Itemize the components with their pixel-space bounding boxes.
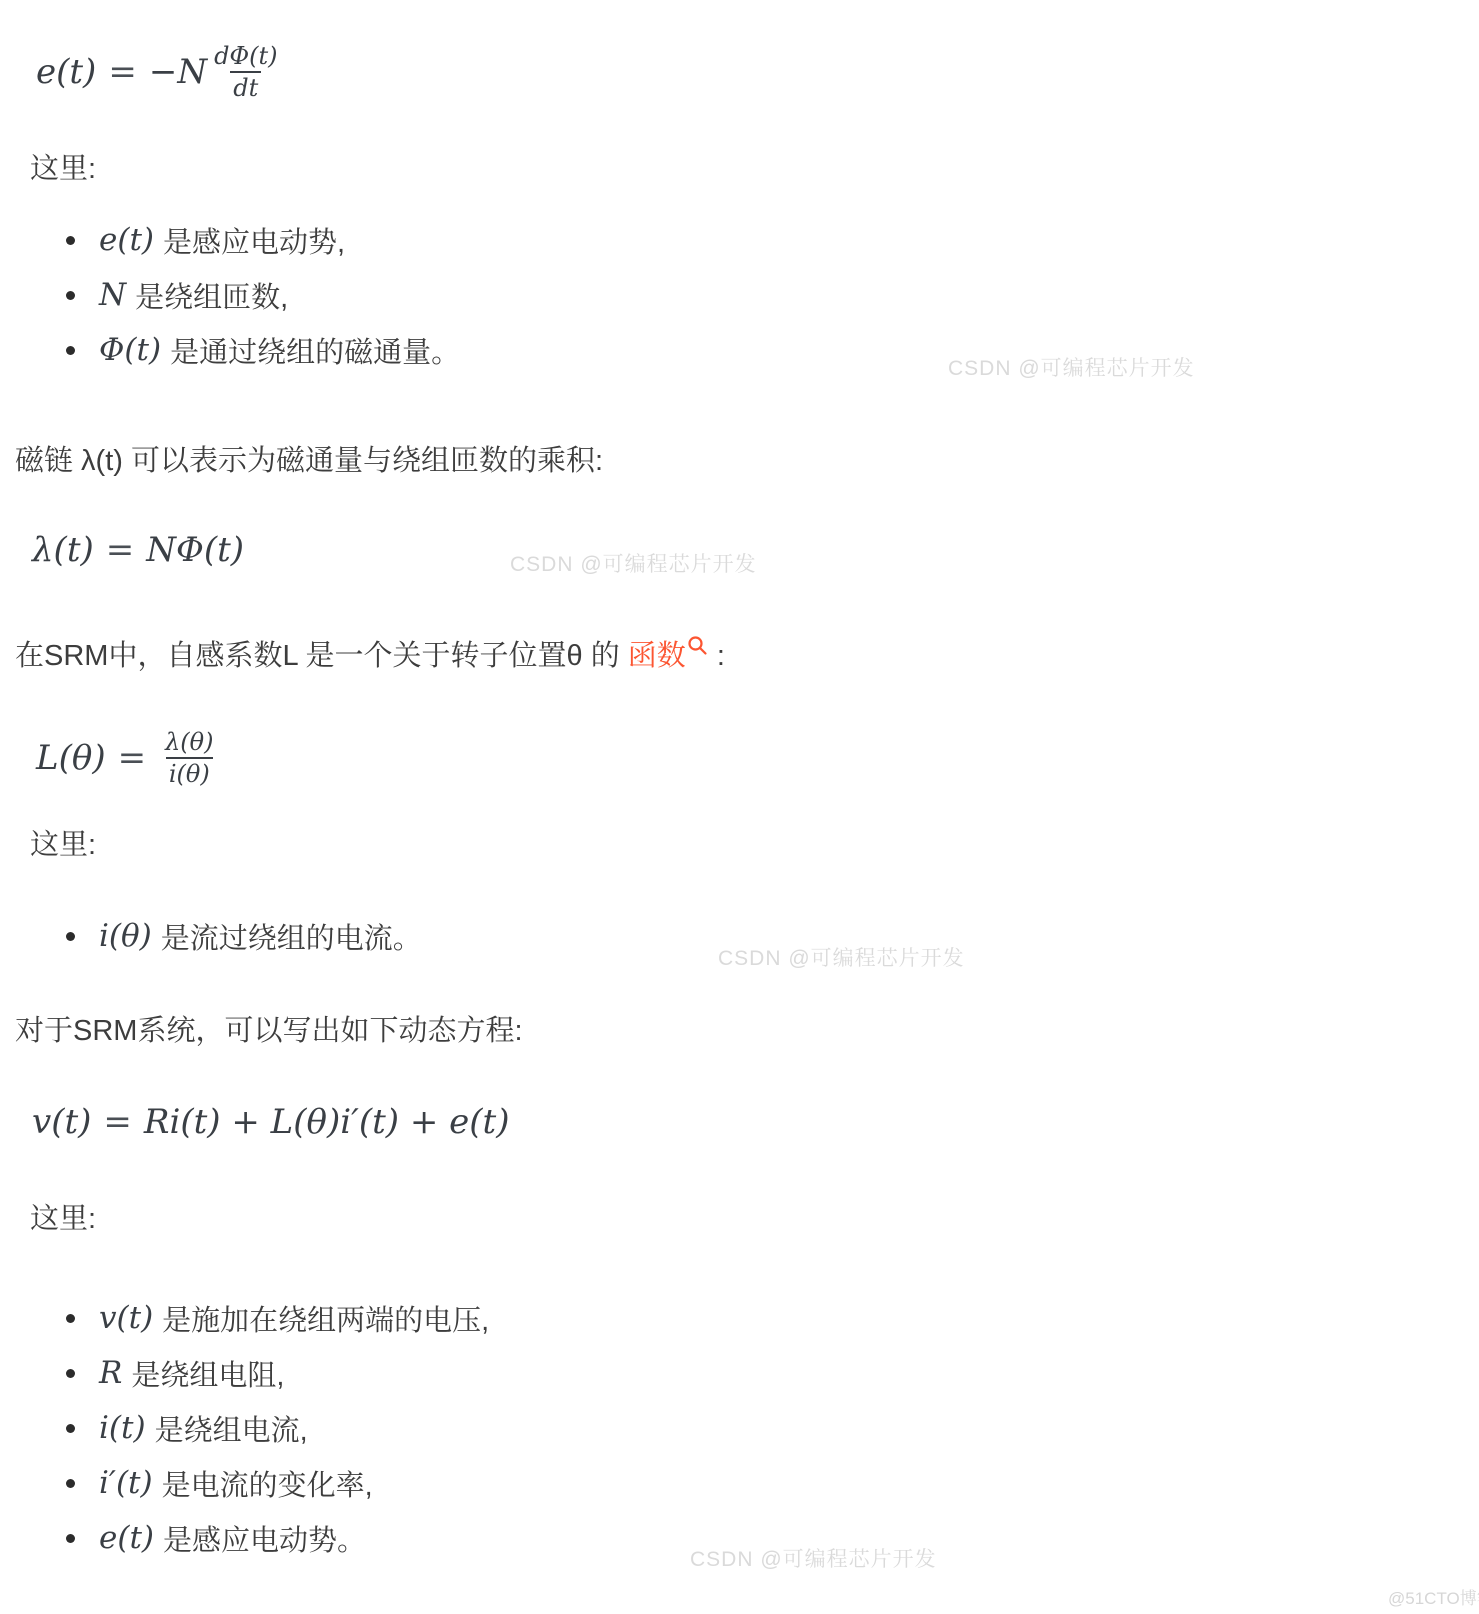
list-item: N 是绕组匝数,: [66, 277, 460, 313]
bullet-dot: [66, 291, 75, 300]
paragraph-text-pre: 在SRM中，自感系数L 是一个关于转子位置θ 的: [15, 640, 628, 672]
list-item: R 是绕组电阻,: [66, 1355, 489, 1391]
math-symbol: e(t): [99, 222, 154, 258]
paragraph-flux-linkage: 磁链 λ(t) 可以表示为磁通量与绕组匝数的乘积:: [15, 438, 603, 479]
list-item: Φ(t) 是通过绕组的磁通量。: [66, 332, 460, 368]
article-page: e(t) = −N dΦ(t) dt 这里: e(t) 是感应电动势, N 是绕…: [0, 0, 1479, 1614]
bullet-dot: [66, 932, 75, 941]
list-item: i(θ) 是流过绕组的电流。: [66, 918, 422, 954]
formula-inductance: L(θ) = λ(θ) i(θ): [36, 728, 216, 789]
here-label: 这里:: [30, 1196, 96, 1237]
here-label: 这里:: [30, 146, 96, 187]
equals-sign: =: [103, 1102, 132, 1142]
csdn-watermark: CSDN @可编程芯片开发: [948, 352, 1195, 382]
item-text: 是感应电动势。: [163, 1518, 366, 1559]
formula-dynamic-equation: v(t) = Ri(t) + L(θ)i′(t) + e(t): [32, 1102, 509, 1142]
function-keyword-link[interactable]: 函数: [628, 640, 686, 672]
math-symbol: v(t): [99, 1300, 153, 1336]
equals-sign: =: [106, 530, 135, 570]
item-text: 是施加在绕组两端的电压,: [162, 1298, 489, 1339]
math-symbol: N: [99, 277, 126, 313]
item-text: 是绕组匝数,: [135, 275, 288, 316]
math-symbol: i(θ): [99, 918, 152, 954]
fraction-numerator: λ(θ): [162, 728, 216, 757]
math-lhs: e(t): [36, 52, 96, 92]
dynamic-term-list: v(t) 是施加在绕组两端的电压, R 是绕组电阻, i(t) 是绕组电流, i…: [66, 1300, 489, 1575]
item-text: 是感应电动势,: [163, 220, 345, 261]
list-item: i(t) 是绕组电流,: [66, 1410, 489, 1446]
bullet-dot: [66, 346, 75, 355]
math-lhs: L(θ): [36, 738, 106, 778]
formula-induced-emf: e(t) = −N dΦ(t) dt: [36, 42, 281, 103]
current-term-list: i(θ) 是流过绕组的电流。: [66, 918, 422, 973]
bullet-dot: [66, 236, 75, 245]
equals-sign: =: [108, 52, 137, 92]
item-text: 是流过绕组的电流。: [161, 916, 422, 957]
csdn-watermark: CSDN @可编程芯片开发: [690, 1543, 937, 1573]
math-lhs: v(t): [32, 1102, 91, 1142]
equals-sign: =: [118, 738, 147, 778]
item-text: 是通过绕组的磁通量。: [170, 330, 460, 371]
math-symbol: Φ(t): [99, 332, 161, 368]
cto-watermark: @51CTO博客: [1388, 1584, 1479, 1609]
item-text: 是绕组电阻,: [131, 1353, 284, 1394]
list-item: v(t) 是施加在绕组两端的电压,: [66, 1300, 489, 1336]
paragraph-text-post: :: [709, 640, 725, 672]
math-symbol: e(t): [99, 1520, 154, 1556]
list-item: e(t) 是感应电动势。: [66, 1520, 489, 1556]
search-icon[interactable]: [687, 632, 709, 665]
fraction-denominator: i(θ): [166, 757, 213, 789]
item-text: 是电流的变化率,: [162, 1463, 373, 1504]
formula-flux-linkage: λ(t) = NΦ(t): [32, 530, 244, 570]
bullet-dot: [66, 1424, 75, 1433]
math-rhs: Ri(t) + L(θ)i′(t) + e(t): [144, 1102, 510, 1142]
csdn-watermark: CSDN @可编程芯片开发: [510, 548, 757, 578]
math-rhs: NΦ(t): [146, 530, 244, 570]
fraction: dΦ(t) dt: [211, 42, 280, 103]
math-symbol: i(t): [99, 1410, 146, 1446]
list-item: e(t) 是感应电动势,: [66, 222, 460, 258]
fraction-denominator: dt: [230, 71, 261, 103]
csdn-watermark: CSDN @可编程芯片开发: [718, 942, 965, 972]
here-label: 这里:: [30, 822, 96, 863]
fraction-numerator: dΦ(t): [211, 42, 280, 71]
bullet-dot: [66, 1369, 75, 1378]
math-symbol: i′(t): [99, 1465, 153, 1501]
math-lhs: λ(t): [32, 530, 94, 570]
emf-term-list: e(t) 是感应电动势, N 是绕组匝数, Φ(t) 是通过绕组的磁通量。: [66, 222, 460, 387]
list-item: i′(t) 是电流的变化率,: [66, 1465, 489, 1501]
bullet-dot: [66, 1479, 75, 1488]
bullet-dot: [66, 1534, 75, 1543]
item-text: 是绕组电流,: [155, 1408, 308, 1449]
math-coefficient: −N: [149, 52, 207, 92]
math-symbol: R: [99, 1355, 122, 1391]
bullet-dot: [66, 1314, 75, 1323]
fraction: λ(θ) i(θ): [162, 728, 216, 789]
paragraph-srm-inductance: 在SRM中，自感系数L 是一个关于转子位置θ 的 函数 :: [15, 632, 725, 674]
paragraph-dynamic-intro: 对于SRM系统，可以写出如下动态方程:: [15, 1008, 523, 1049]
